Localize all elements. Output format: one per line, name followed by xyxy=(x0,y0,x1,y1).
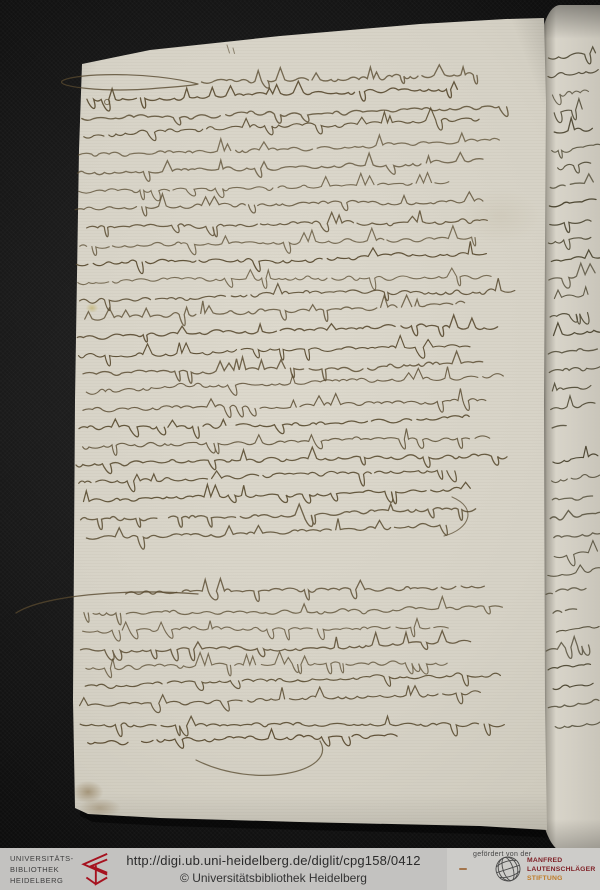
sponsor-dash xyxy=(459,868,467,870)
library-name-line2: BIBLIOTHEK xyxy=(10,865,74,876)
photo-background: UNIVERSITÄTS- BIBLIOTHEK HEIDELBERG http… xyxy=(0,0,600,890)
sponsor-name-line3: STIFTUNG xyxy=(527,875,596,884)
copyright-notice: © Universitätsbibliothek Heidelberg xyxy=(105,871,442,885)
sponsor-panel: gefördert von der MANFRED LAUTENSCHLÄGER… xyxy=(447,848,600,890)
info-footer: UNIVERSITÄTS- BIBLIOTHEK HEIDELBERG http… xyxy=(0,848,600,890)
facing-page-edge xyxy=(540,5,600,853)
sponsor-globe-icon xyxy=(493,854,523,884)
image-url: http://digi.ub.uni-heidelberg.de/diglit/… xyxy=(105,853,442,868)
manuscript-page xyxy=(70,16,548,834)
library-name-line3: HEIDELBERG xyxy=(10,876,74,887)
footer-center: http://digi.ub.uni-heidelberg.de/diglit/… xyxy=(105,853,442,885)
library-name-line1: UNIVERSITÄTS- xyxy=(10,854,74,865)
library-logo-text: UNIVERSITÄTS- BIBLIOTHEK HEIDELBERG xyxy=(10,854,74,887)
sponsor-name-line2: LAUTENSCHLÄGER xyxy=(527,866,596,875)
sponsor-name-line1: MANFRED xyxy=(527,857,596,866)
sponsor-name: MANFRED LAUTENSCHLÄGER STIFTUNG xyxy=(527,857,596,884)
